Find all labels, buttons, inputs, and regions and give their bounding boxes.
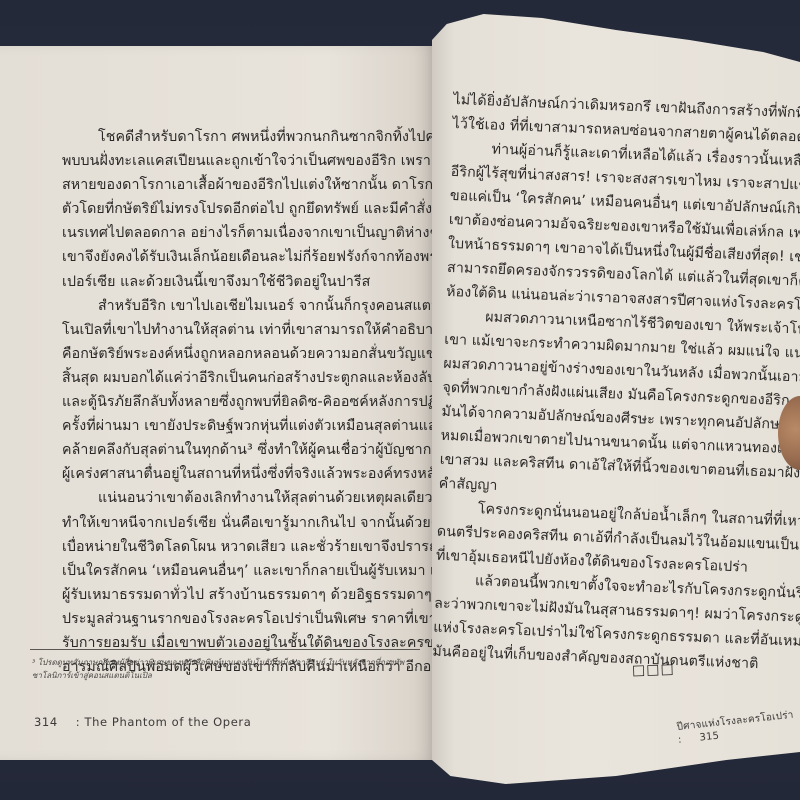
section-end-ornament: □□□ — [632, 661, 675, 678]
footnote-divider — [30, 649, 420, 650]
left-page-body: โชคดีสำหรับดาโรกา ศพหนึ่งที่พวกนกกินซากจ… — [62, 125, 427, 679]
footnote-line: ซาโลนิการ์เข้าสู่คอนสแตนติโนเปิล — [32, 671, 152, 680]
paragraph: โชคดีสำหรับดาโรกา ศพหนึ่งที่พวกนกกินซากจ… — [62, 125, 427, 294]
footnote-line: โปรดดูบทสัมภาษณ์ของผู้สื่อข่าวพิเศษของหน… — [38, 658, 404, 667]
paragraph: สำหรับอีริก เขาไปเอเชียไมเนอร์ จากนั้นก็… — [62, 294, 427, 487]
running-header: : The Phantom of the Opera — [76, 715, 252, 729]
page-number: 315 — [699, 731, 720, 744]
footnote: ³ โปรดดูบทสัมภาษณ์ของผู้สื่อข่าวพิเศษของ… — [32, 656, 422, 682]
paragraph: แน่นอนว่าเขาต้องเลิกทำงานให้สุลต่านด้วยเ… — [62, 486, 427, 679]
footnote-marker: ³ — [32, 658, 35, 667]
right-page-body: ไม่ได้ยิ่งอัปลักษณ์กว่าเดิมหรอกรึ เขาฝัน… — [432, 88, 784, 676]
left-page-footer: 314: The Phantom of the Opera — [34, 715, 251, 729]
page-number: 314 — [34, 715, 58, 729]
